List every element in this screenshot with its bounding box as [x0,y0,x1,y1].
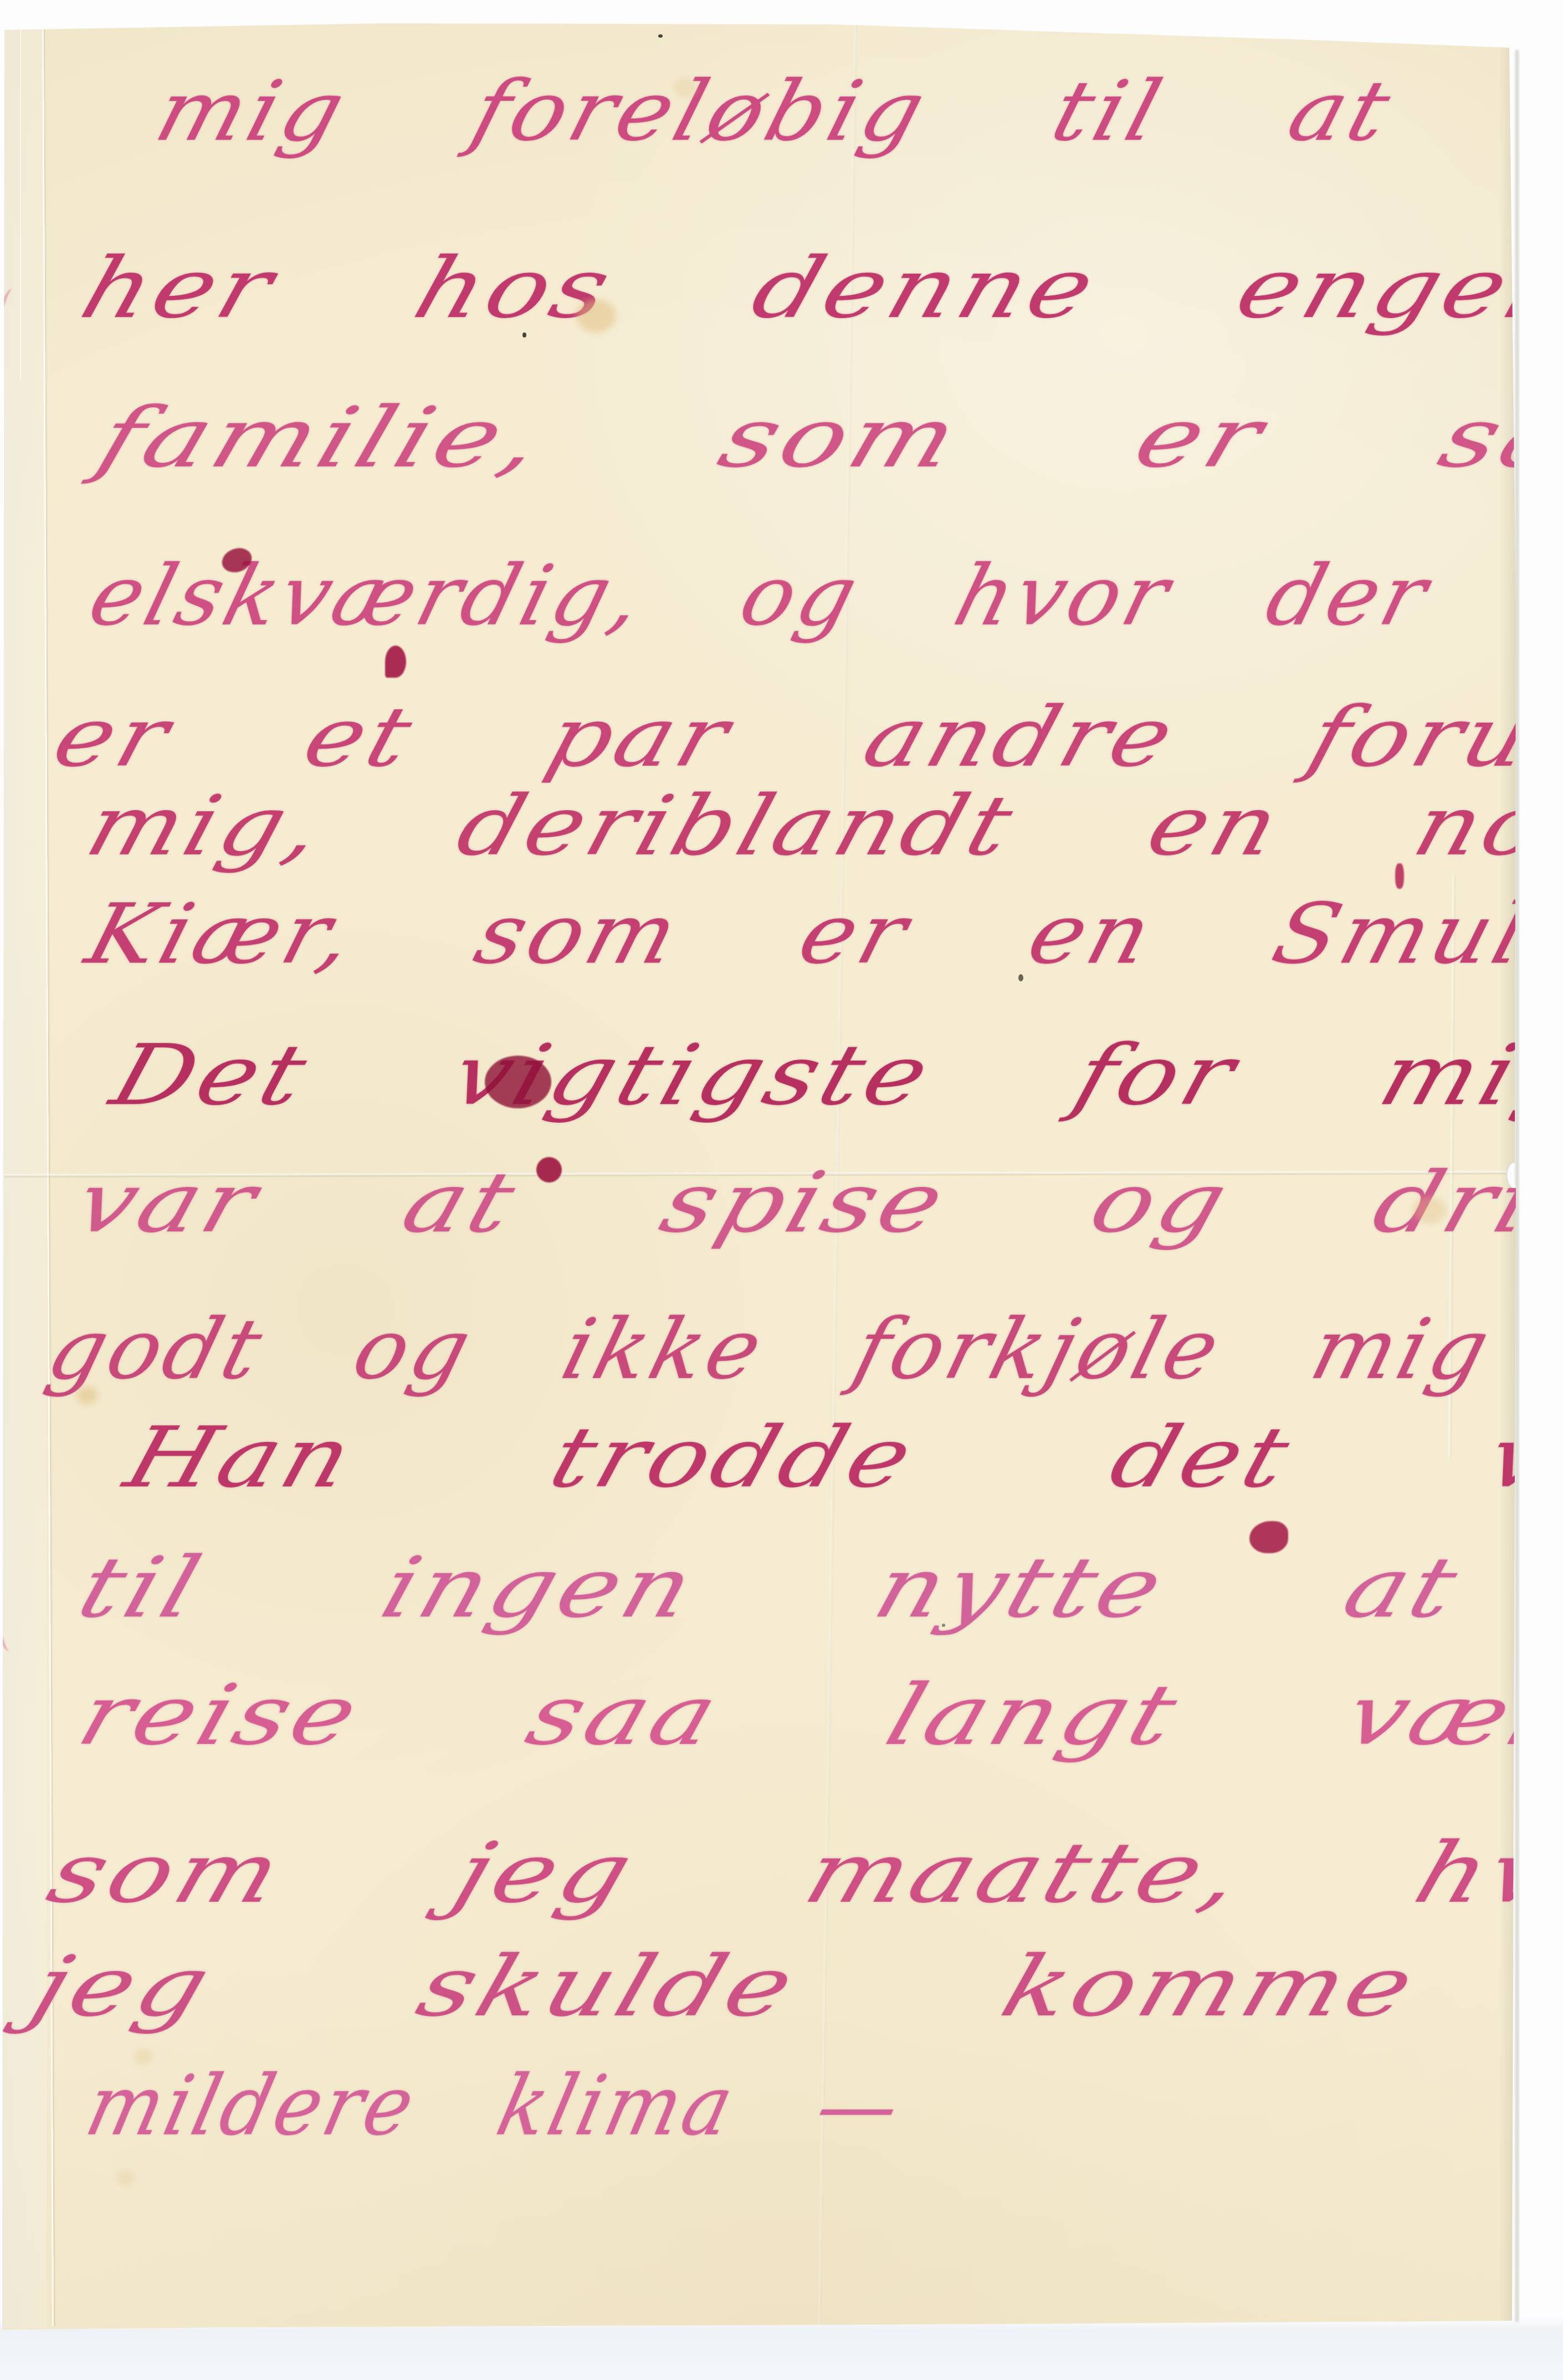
right-edge-fold-notch [1506,1163,1521,1188]
stain-yellow-4 [135,2049,152,2064]
stain-yellow-3 [76,1386,98,1404]
ink-drip-norsk [1395,863,1404,889]
handwriting-line-15: jeg skulde komme i [23,1946,1563,2029]
handwriting-line-3: familie, som er saa [89,397,1563,480]
handwriting-line-11: Han trodde det var [117,1416,1563,1499]
letter-paper: mig foreløbig til at bli’ her hos denne … [0,0,1563,2380]
handwriting-line-14: som jeg maatte, hvis [39,1832,1563,1915]
stain-yellow-6 [1413,1197,1446,1224]
handwriting-line-12: til ingen nytte at [70,1547,1470,1630]
handwriting-line-6: mig, deriblandt en norsk [78,785,1563,868]
handwriting-line-2: her hos denne engelske [73,247,1563,330]
handwriting-line-16: mildere klima — [79,2065,910,2148]
paper-edge-shadow [1515,50,1519,2322]
handwriting-line-1: mig foreløbig til at bli’ [148,70,1563,153]
handwriting-line-9: var at spise og drikke. [67,1161,1563,1245]
ink-blot-vigtigste [485,1056,551,1108]
scanned-letter-page: mig foreløbig til at bli’ her hos denne … [0,0,1563,2380]
handwriting-line-5: er et par andre foruden [45,696,1563,779]
handwriting-line-8: Det vigtigste for mig [103,1034,1563,1117]
handwriting-line-4: elskværdig, og hvor der bare [81,555,1563,638]
ink-blot-teardrop [385,646,406,678]
stain-yellow-2 [673,78,696,98]
stain-yellow-1 [576,299,616,332]
crease-top-left [20,25,21,380]
paper-speck-3 [1018,974,1023,981]
ink-blot-at [1249,1521,1288,1553]
handwriting-line-7: Kiær, som er en Smule — [79,893,1563,976]
paper-speck-2 [658,34,663,38]
paper-speck-1 [522,332,526,337]
stain-yellow-5 [117,2171,134,2185]
handwriting-line-10: godt og ikke forkjøle mig — [40,1308,1563,1391]
ink-blot-dot [536,1157,562,1183]
paper-speck-4 [942,1624,945,1627]
handwriting-line-13: reise saa langt væk [70,1674,1563,1757]
